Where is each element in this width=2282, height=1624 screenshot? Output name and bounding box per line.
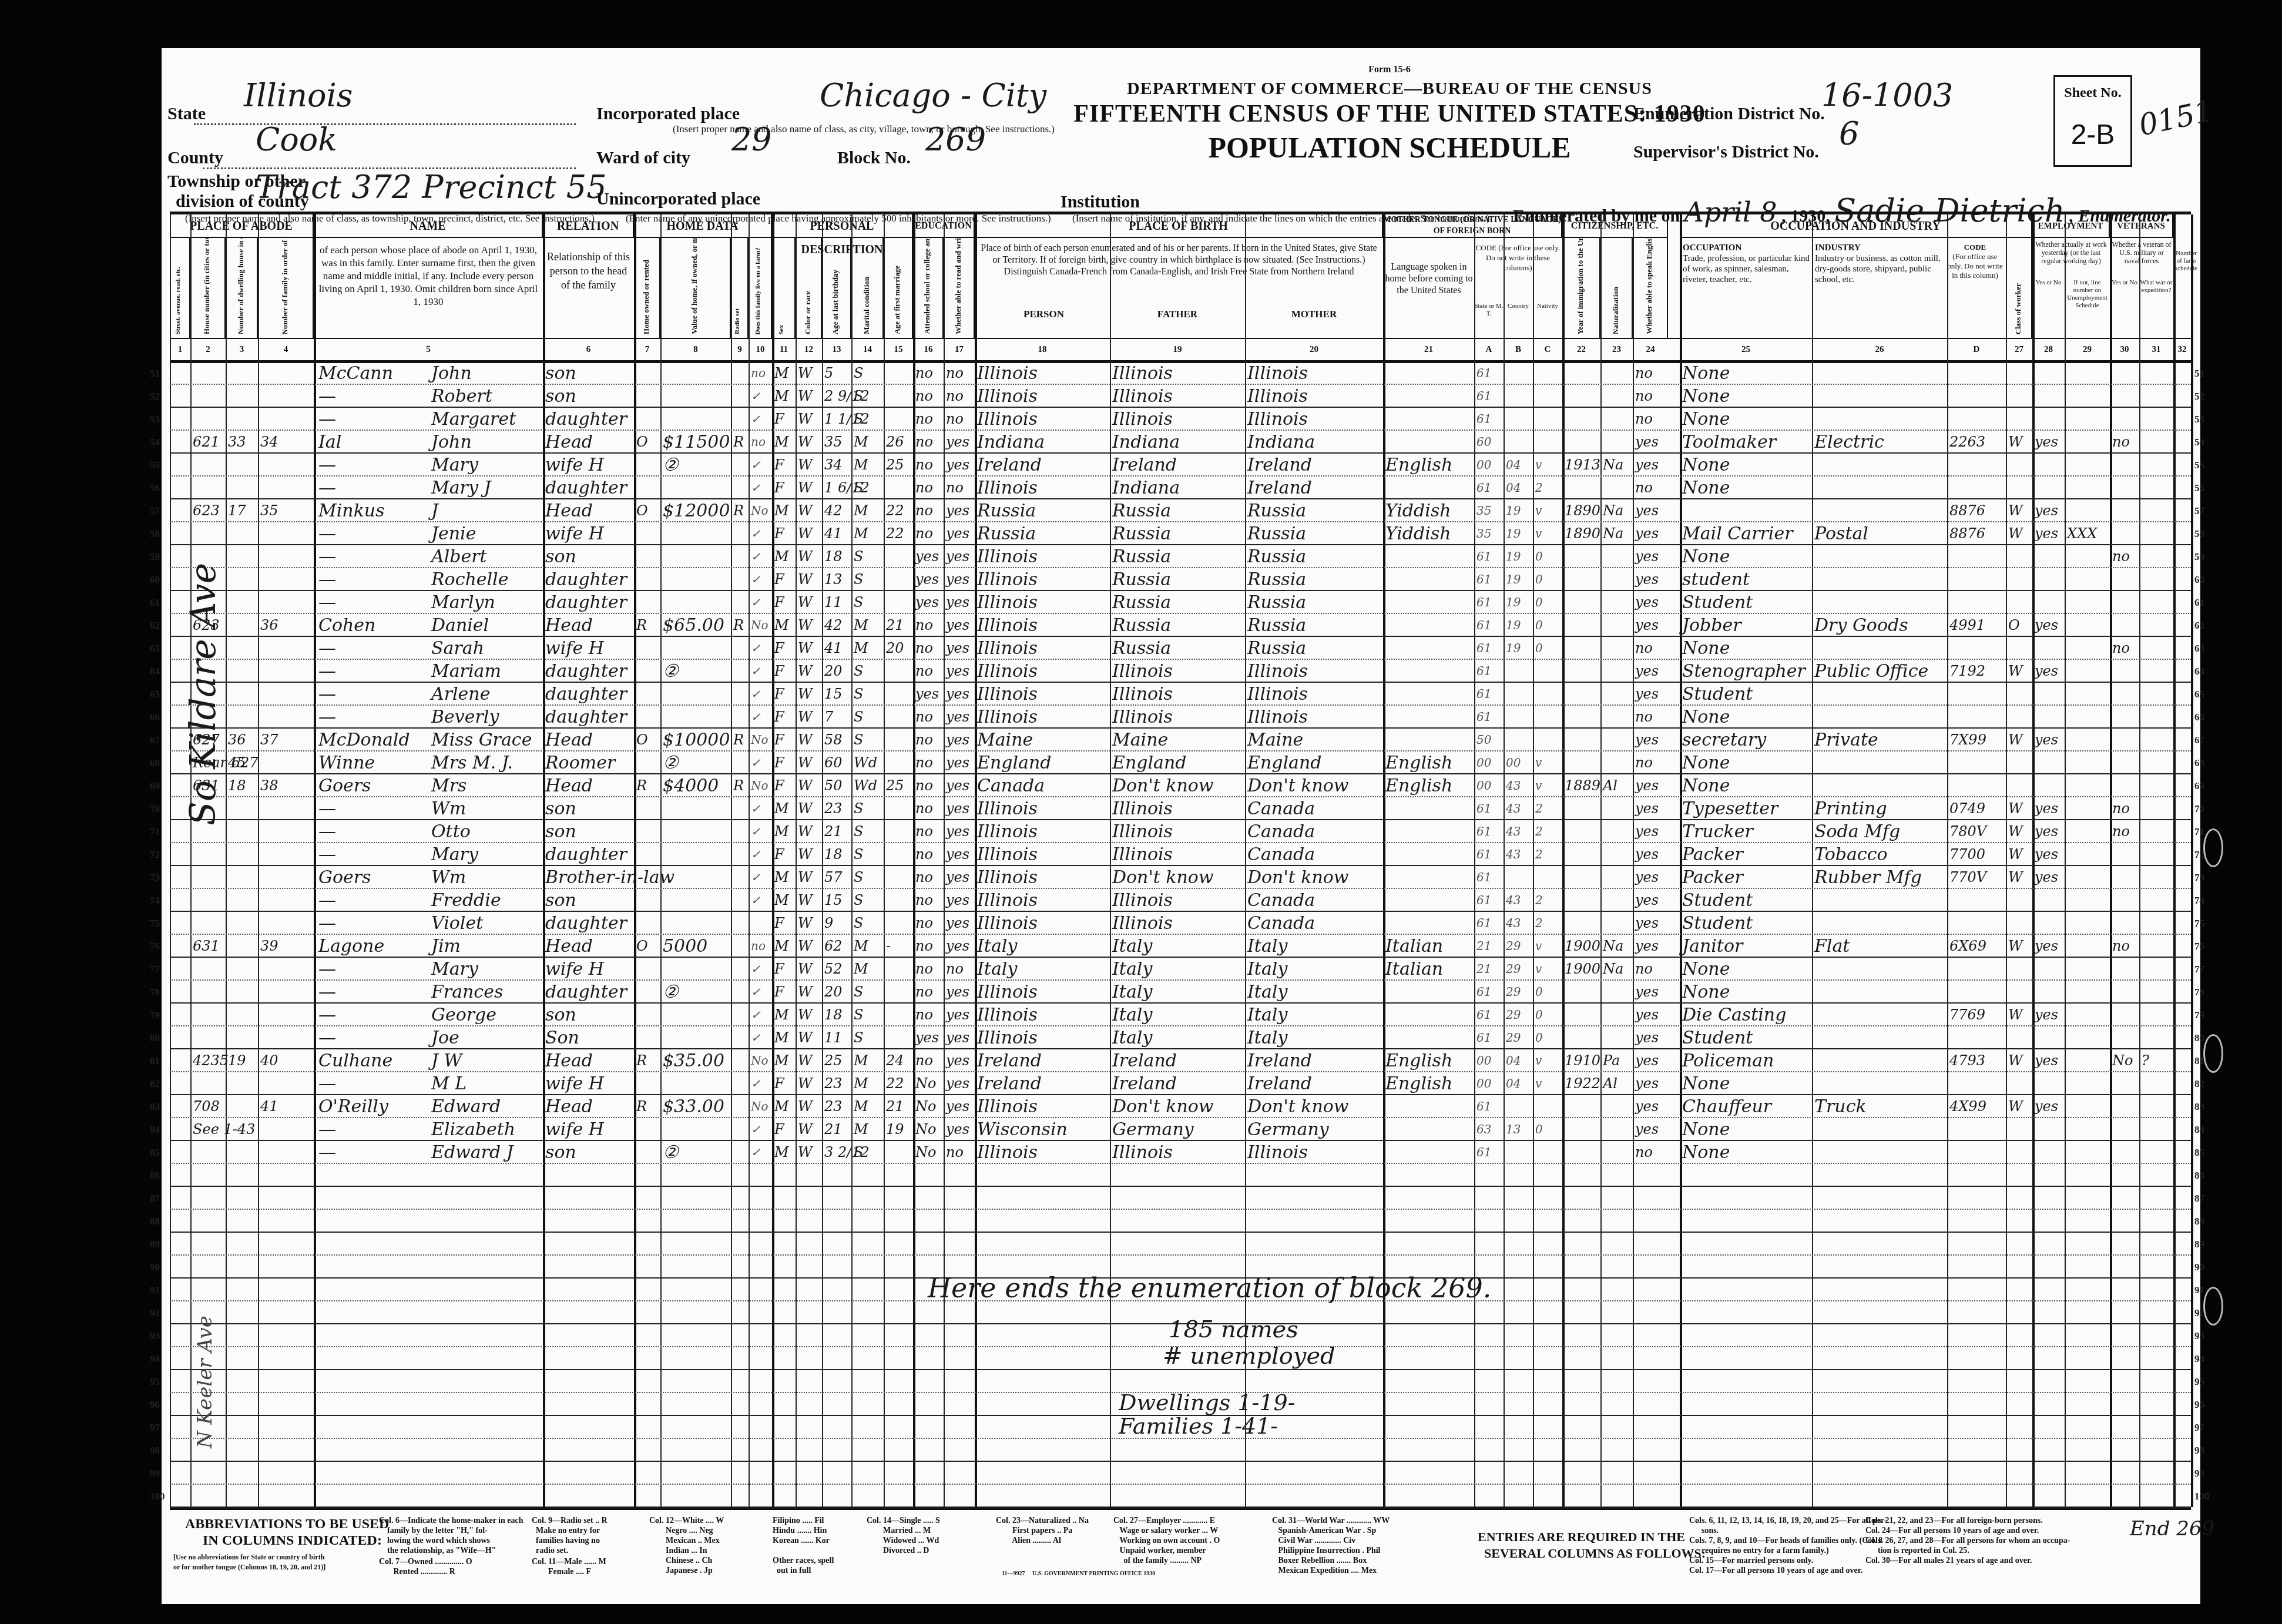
- father-cell: Italy: [1112, 981, 1152, 1004]
- radio-cell: R: [733, 499, 744, 522]
- eng-cell: yes: [1635, 660, 1659, 683]
- rel-cell: wife H: [545, 958, 604, 981]
- person-cell: Ireland: [977, 1072, 1042, 1095]
- column-header-cB: Country: [1504, 303, 1533, 310]
- column-number-row: 123456789101112131415161718192021ABC2223…: [170, 338, 2191, 363]
- cls-cell: W: [2008, 1004, 2023, 1026]
- surname-cell: —: [318, 545, 336, 568]
- school-cell: no: [915, 477, 933, 499]
- person-cell: Illinois: [977, 545, 1038, 568]
- occ-cell: Student: [1682, 683, 1753, 706]
- line-number: 99: [2194, 1468, 2204, 1479]
- cls-cell: W: [2008, 866, 2023, 889]
- cA-cell: 61: [1476, 660, 1491, 683]
- marital-cell: S: [854, 866, 863, 889]
- sex-cell: F: [774, 477, 784, 499]
- line-number-left: 75: [150, 918, 160, 930]
- race-cell: W: [798, 637, 813, 660]
- column-header-c17: Whether able to read and write: [944, 238, 975, 338]
- work-cell: yes: [2035, 431, 2058, 454]
- lang-cell: English: [1385, 1049, 1452, 1072]
- line-number: 96: [2194, 1399, 2204, 1411]
- table-row: 100: [170, 1485, 2191, 1508]
- ind-cell: Truck: [1814, 1095, 1867, 1118]
- person-cell: Illinois: [977, 1095, 1038, 1118]
- sex-cell: M: [774, 1049, 789, 1072]
- column-number: 25: [1680, 339, 1812, 360]
- read-cell: yes: [946, 683, 969, 706]
- given-name-cell: Edward: [431, 1095, 501, 1118]
- line-number-left: 72: [150, 849, 160, 861]
- imm-cell: 1890: [1565, 522, 1600, 545]
- eng-cell: yes: [1635, 454, 1659, 477]
- relation-column-instructions: Relationship of this person to the head …: [546, 250, 631, 292]
- marital-cell: M: [854, 1095, 868, 1118]
- cA-cell: 61: [1476, 1004, 1491, 1026]
- person-cell: Illinois: [977, 1141, 1038, 1164]
- person-cell: Italy: [977, 958, 1017, 981]
- read-cell: no: [946, 958, 964, 981]
- column-number: 1: [170, 339, 190, 360]
- race-cell: W: [798, 729, 813, 751]
- line-number-left: 59: [150, 551, 160, 563]
- table-row: 99: [170, 1462, 2191, 1485]
- table-row: 70—Wmson✓MW23SnoyesIllinoisIllinoisCanad…: [170, 797, 2191, 820]
- mother-cell: Ireland: [1247, 1049, 1312, 1072]
- line-number: 57: [2194, 505, 2204, 517]
- age-cell: 9: [824, 912, 833, 935]
- rel-cell: son: [545, 1141, 576, 1164]
- line-number-left: 96: [150, 1399, 160, 1411]
- age-cell: 25: [824, 1049, 843, 1072]
- read-cell: no: [946, 408, 964, 431]
- imm-cell: 1890: [1565, 499, 1600, 522]
- school-cell: no: [915, 431, 933, 454]
- occ-cell: Janitor: [1682, 935, 1743, 958]
- rel-cell: son: [545, 545, 576, 568]
- column-header-c10: Does this family live on a farm?: [749, 238, 772, 338]
- marital-cell: S: [854, 1004, 863, 1026]
- township-field: Township or other division of county Tra…: [167, 172, 309, 212]
- family-cell: 41: [260, 1095, 278, 1118]
- father-cell: Illinois: [1112, 889, 1173, 912]
- binding-hole: [2203, 1287, 2223, 1326]
- code-cell: 4X99: [1949, 1095, 1986, 1118]
- sex-cell: M: [774, 499, 789, 522]
- families-note: Families 1-41-: [1119, 1413, 1278, 1439]
- table-row: 576231735MinkusJHeadO$12000RNoMW42M22noy…: [170, 499, 2191, 522]
- person-cell: Illinois: [977, 843, 1038, 866]
- race-cell: W: [798, 362, 813, 385]
- line-number-left: 56: [150, 482, 160, 494]
- marital-cell: S: [854, 591, 863, 614]
- value-cell: ②: [663, 660, 679, 683]
- line-number-left: 89: [150, 1239, 160, 1250]
- column-number: B: [1504, 339, 1533, 360]
- occ-cell: None: [1682, 958, 1730, 981]
- column-header-c1: Street, avenue, road, etc.: [170, 238, 190, 338]
- agemar-cell: 22: [886, 499, 904, 522]
- surname-cell: —: [318, 385, 336, 408]
- agemar-cell: 25: [886, 454, 904, 477]
- school-cell: yes: [915, 568, 939, 591]
- cB-cell: 43: [1506, 820, 1521, 843]
- line-number: 80: [2194, 1032, 2204, 1044]
- nat-cell: Al: [1603, 1072, 1617, 1095]
- occ-cell: Trucker: [1682, 820, 1753, 843]
- eng-cell: no: [1635, 362, 1653, 385]
- code-cell: 7700: [1949, 843, 1985, 866]
- school-cell: no: [915, 1049, 933, 1072]
- cB-cell: 19: [1506, 545, 1521, 568]
- rel-cell: son: [545, 362, 576, 385]
- mother-cell: Italy: [1247, 1004, 1287, 1026]
- farm-cell: ✓: [751, 981, 761, 1004]
- rel-cell: wife H: [545, 522, 604, 545]
- code-cell: 0749: [1949, 797, 1985, 820]
- occ-cell: Mail Carrier: [1682, 522, 1793, 545]
- unemp-cell: XXX: [2067, 522, 2097, 545]
- eng-cell: yes: [1635, 614, 1659, 637]
- occ-cell: None: [1682, 454, 1730, 477]
- cA-cell: 61: [1476, 385, 1491, 408]
- line-number-left: 76: [150, 941, 160, 952]
- person-cell: Illinois: [977, 981, 1038, 1004]
- column-number: 16: [913, 339, 944, 360]
- occ-cell: None: [1682, 981, 1730, 1004]
- surname-cell: —: [318, 683, 336, 706]
- ward-value: 29: [731, 121, 772, 158]
- school-cell: no: [915, 820, 933, 843]
- cB-cell: 43: [1506, 889, 1521, 912]
- group-home: HOME DATA: [634, 214, 772, 238]
- own-cell: R: [636, 774, 647, 797]
- mother-cell: Italy: [1247, 981, 1287, 1004]
- given-name-cell: Mrs M. J.: [431, 751, 513, 774]
- column-number: 32: [2173, 339, 2191, 360]
- cls-cell: O: [2008, 614, 2020, 637]
- eng-cell: yes: [1635, 912, 1659, 935]
- lang-cell: Italian: [1385, 935, 1443, 958]
- own-cell: O: [636, 431, 648, 454]
- rel-cell: Head: [545, 431, 593, 454]
- column-header-c28: Yes or No: [2032, 279, 2065, 287]
- farm-cell: ✓: [751, 797, 761, 820]
- family-cell: 35: [260, 499, 278, 522]
- rel-cell: daughter: [545, 706, 627, 729]
- cB-cell: 29: [1506, 935, 1521, 958]
- column-number: 11: [772, 339, 796, 360]
- column-header-c14: Marital condition: [851, 238, 884, 338]
- race-cell: W: [798, 385, 813, 408]
- race-cell: W: [798, 477, 813, 499]
- marital-cell: S: [854, 981, 863, 1004]
- person-cell: Illinois: [977, 362, 1038, 385]
- person-cell: Indiana: [977, 431, 1045, 454]
- mother-cell: Don't know: [1247, 1095, 1349, 1118]
- cA-cell: 61: [1476, 706, 1491, 729]
- column-header-c8: Value of home, if owned, or monthly rent…: [660, 238, 731, 338]
- given-name-cell: Violet: [431, 912, 483, 935]
- school-cell: No: [915, 1072, 936, 1095]
- given-name-cell: John: [431, 431, 472, 454]
- surname-cell: Culhane: [318, 1049, 392, 1072]
- line-number-left: 74: [150, 895, 160, 907]
- table-row: 8142351940CulhaneJ WHeadR$35.00NoMW25M24…: [170, 1049, 2191, 1072]
- lang-cell: Yiddish: [1385, 499, 1451, 522]
- cB-cell: 04: [1506, 1072, 1521, 1095]
- surname-cell: Goers: [318, 774, 371, 797]
- age-cell: 11: [824, 591, 843, 614]
- marital-cell: M: [854, 431, 868, 454]
- eng-cell: yes: [1635, 935, 1659, 958]
- line-number-left: 63: [150, 643, 160, 655]
- marital-cell: S: [854, 889, 863, 912]
- eng-cell: yes: [1635, 981, 1659, 1004]
- mother-cell: Germany: [1247, 1118, 1329, 1141]
- column-number: 8: [660, 339, 731, 360]
- father-cell: Russia: [1112, 522, 1171, 545]
- mother-cell: Russia: [1247, 614, 1306, 637]
- line-number-left: 65: [150, 689, 160, 700]
- marital-cell: S: [854, 385, 863, 408]
- code-cell: 8876: [1949, 499, 1985, 522]
- dwelling-cell: 36: [228, 729, 246, 751]
- age-cell: 41: [824, 522, 843, 545]
- given-name-cell: Miss Grace: [431, 729, 532, 751]
- marital-cell: S: [854, 843, 863, 866]
- agemar-cell: -: [886, 935, 891, 958]
- mother-cell: Italy: [1247, 1026, 1287, 1049]
- cA-cell: 61: [1476, 362, 1491, 385]
- sex-cell: M: [774, 1026, 789, 1049]
- line-number: 89: [2194, 1239, 2204, 1250]
- cB-cell: 43: [1506, 912, 1521, 935]
- ward-field: Ward of city 29: [596, 148, 690, 168]
- own-cell: R: [636, 614, 647, 637]
- given-name-cell: J W: [431, 1049, 462, 1072]
- cC-cell: v: [1535, 499, 1542, 522]
- cB-cell: 04: [1506, 477, 1521, 499]
- age-cell: 34: [824, 454, 843, 477]
- farm-cell: ✓: [751, 408, 761, 431]
- table-row: 89: [170, 1233, 2191, 1256]
- own-cell: R: [636, 1095, 647, 1118]
- column-header-c16: Attended school or college any time sinc…: [913, 238, 944, 338]
- line-number-left: 85: [150, 1147, 160, 1159]
- read-cell: yes: [946, 614, 969, 637]
- mother-cell: Canada: [1247, 820, 1315, 843]
- given-name-cell: M L: [431, 1072, 467, 1095]
- farm-cell: ✓: [751, 958, 761, 981]
- own-cell: O: [636, 499, 648, 522]
- person-cell: Russia: [977, 499, 1036, 522]
- read-cell: yes: [946, 499, 969, 522]
- line-number-left: 86: [150, 1170, 160, 1182]
- person-cell: Russia: [977, 522, 1036, 545]
- lang-cell: English: [1385, 751, 1452, 774]
- value-cell: $35.00: [663, 1049, 724, 1072]
- marital-cell: S: [854, 1141, 863, 1164]
- radio-cell: R: [733, 774, 744, 797]
- line-number-left: 79: [150, 1009, 160, 1021]
- farm-cell: ✓: [751, 706, 761, 729]
- read-cell: yes: [946, 591, 969, 614]
- cC-cell: v: [1535, 522, 1542, 545]
- person-cell: Maine: [977, 729, 1033, 751]
- race-cell: W: [798, 889, 813, 912]
- line-number: 55: [2194, 459, 2204, 471]
- sex-cell: F: [774, 522, 784, 545]
- mother-cell: Don't know: [1247, 866, 1349, 889]
- sex-cell: F: [774, 751, 784, 774]
- father-cell: Ireland: [1112, 454, 1177, 477]
- column-header-c24: Whether able to speak English: [1633, 238, 1668, 338]
- occ-cell: Jobber: [1682, 614, 1741, 637]
- value-cell: ②: [663, 1141, 679, 1164]
- column-number: 20: [1245, 339, 1383, 360]
- mother-cell: Russia: [1247, 499, 1306, 522]
- sex-cell: F: [774, 660, 784, 683]
- school-cell: no: [915, 843, 933, 866]
- read-cell: yes: [946, 1095, 969, 1118]
- eng-cell: yes: [1635, 820, 1659, 843]
- group-name: NAME: [314, 214, 543, 238]
- farm-cell: no: [751, 362, 766, 385]
- rel-cell: daughter: [545, 568, 627, 591]
- cls-cell: W: [2008, 935, 2023, 958]
- value-cell: $33.00: [663, 1095, 724, 1118]
- mother-cell: Canada: [1247, 889, 1315, 912]
- person-cell: Illinois: [977, 820, 1038, 843]
- person-cell: Illinois: [977, 385, 1038, 408]
- dwelling-cell: 33: [228, 431, 246, 454]
- farm-cell: ✓: [751, 637, 761, 660]
- age-cell: 18: [824, 843, 843, 866]
- column-header-cA: State or M. T.: [1474, 303, 1504, 318]
- sex-cell: F: [774, 981, 784, 1004]
- mother-cell: Russia: [1247, 522, 1306, 545]
- own-cell: O: [636, 729, 648, 751]
- county-field: County Cook: [167, 148, 223, 168]
- sheet-number: 2-B: [2055, 119, 2130, 151]
- table-row: 74—Freddieson✓MW15SnoyesIllinoisIllinois…: [170, 889, 2191, 912]
- eng-cell: yes: [1635, 1118, 1659, 1141]
- table-row: 87: [170, 1187, 2191, 1210]
- column-number: 30: [2110, 339, 2139, 360]
- supervisor-district-value: 6: [1839, 115, 1859, 152]
- race-cell: W: [798, 568, 813, 591]
- cB-cell: 29: [1506, 1004, 1521, 1026]
- farm-cell: No: [751, 1095, 769, 1118]
- race-cell: W: [798, 1118, 813, 1141]
- occ-cell: Packer: [1682, 843, 1743, 866]
- cls-cell: W: [2008, 797, 2023, 820]
- cA-cell: 61: [1476, 545, 1491, 568]
- line-number-left: 91: [150, 1284, 160, 1296]
- father-cell: England: [1112, 751, 1186, 774]
- age-cell: 60: [824, 751, 843, 774]
- line-number: 66: [2194, 712, 2204, 723]
- birth-column-instructions: Place of birth of each person enumerated…: [978, 243, 1380, 278]
- age-cell: 5: [824, 362, 833, 385]
- race-cell: W: [798, 454, 813, 477]
- group-employment: EMPLOYMENT: [2032, 214, 2110, 238]
- rel-cell: wife H: [545, 637, 604, 660]
- table-row: 51McCannJohnsonnoMW5SnonoIllinoisIllinoi…: [170, 362, 2191, 385]
- line-number: 59: [2194, 551, 2204, 563]
- father-cell: Indiana: [1112, 431, 1180, 454]
- line-number: 98: [2194, 1445, 2204, 1457]
- race-cell: W: [798, 408, 813, 431]
- mother-cell: Ireland: [1247, 477, 1312, 499]
- grid-line: [2191, 214, 2193, 1507]
- mother-cell: Illinois: [1247, 362, 1308, 385]
- cC-cell: v: [1535, 1049, 1542, 1072]
- rel-cell: son: [545, 797, 576, 820]
- cls-cell: W: [2008, 729, 2023, 751]
- father-cell: Italy: [1112, 958, 1152, 981]
- person-cell: Illinois: [977, 683, 1038, 706]
- cB-cell: 19: [1506, 614, 1521, 637]
- column-number: 22: [1562, 339, 1600, 360]
- line-number: 76: [2194, 941, 2204, 952]
- rel-cell: Brother-in-law: [545, 866, 674, 889]
- column-number: 9: [731, 339, 749, 360]
- given-name-cell: Frances: [431, 981, 503, 1004]
- eng-cell: yes: [1635, 522, 1659, 545]
- cB-cell: 00: [1506, 751, 1521, 774]
- rel-cell: wife H: [545, 1118, 604, 1141]
- table-row: 676273637McDonaldMiss GraceHeadO$10000RN…: [170, 729, 2191, 751]
- column-number: 10: [749, 339, 772, 360]
- marital-cell: Wd: [854, 751, 877, 774]
- house-cell: 4235: [193, 1049, 229, 1072]
- column-number: D: [1947, 339, 2006, 360]
- person-cell: Wisconsin: [977, 1118, 1068, 1141]
- surname-cell: —: [318, 1004, 336, 1026]
- agemar-cell: 24: [886, 1049, 904, 1072]
- marital-cell: S: [854, 362, 863, 385]
- street-name-2: N Keeler Ave: [193, 1316, 217, 1448]
- ind-cell: Soda Mfg: [1814, 820, 1900, 843]
- read-cell: no: [946, 385, 964, 408]
- cC-cell: 0: [1535, 614, 1543, 637]
- cA-cell: 61: [1476, 820, 1491, 843]
- occ-cell: None: [1682, 477, 1730, 499]
- end-mark: End 269: [2130, 1517, 2214, 1541]
- occ-cell: Packer: [1682, 866, 1743, 889]
- column-number: 2: [190, 339, 226, 360]
- column-number: 29: [2065, 339, 2110, 360]
- sex-cell: F: [774, 408, 784, 431]
- rel-cell: daughter: [545, 683, 627, 706]
- surname-cell: Winne: [318, 751, 375, 774]
- occ-cell: Student: [1682, 1026, 1753, 1049]
- race-cell: W: [798, 431, 813, 454]
- column-number: C: [1533, 339, 1562, 360]
- state-field: State Illinois: [167, 104, 206, 124]
- read-cell: yes: [946, 729, 969, 751]
- nat-cell: Na: [1603, 454, 1623, 477]
- work-cell: yes: [2035, 1095, 2058, 1118]
- column-number: 18: [975, 339, 1110, 360]
- ind-cell: Dry Goods: [1814, 614, 1908, 637]
- line-number: 67: [2194, 734, 2204, 746]
- age-cell: 18: [824, 1004, 843, 1026]
- column-number: 21: [1383, 339, 1474, 360]
- race-cell: W: [798, 981, 813, 1004]
